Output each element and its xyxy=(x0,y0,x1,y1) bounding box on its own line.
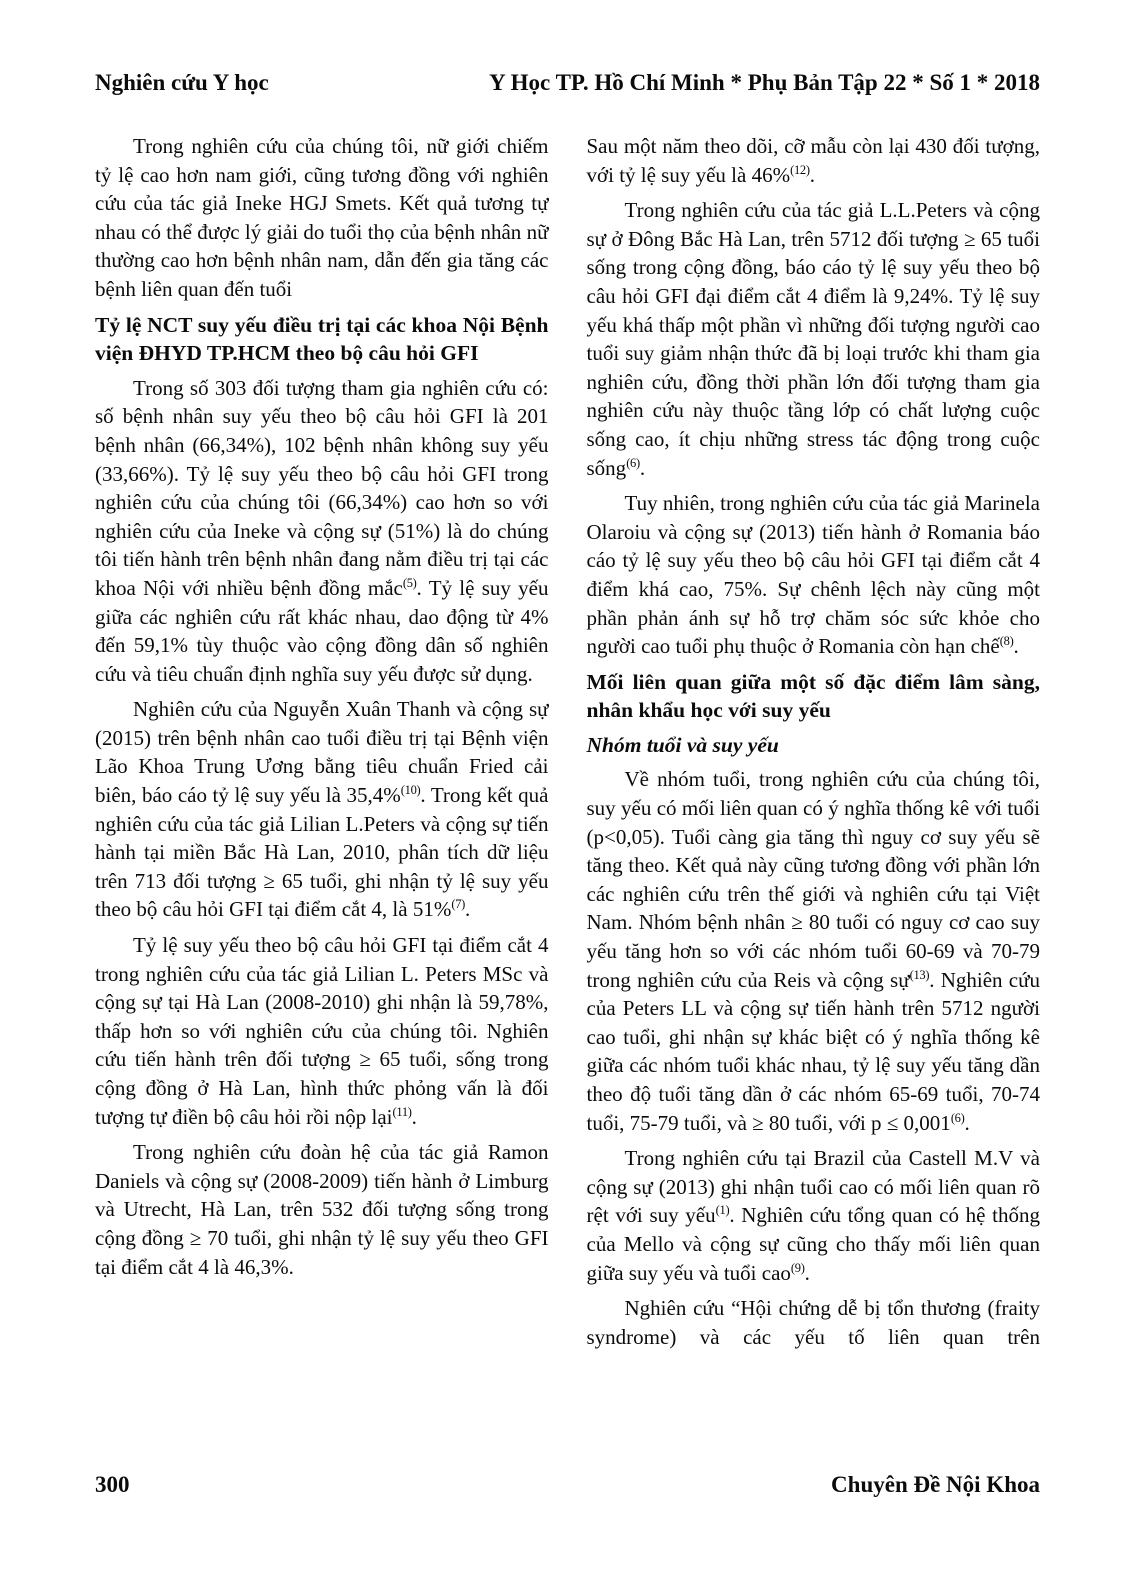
paragraph: Trong nghiên cứu tại Brazil của Castell … xyxy=(587,1144,1041,1287)
paragraph: Sau một năm theo dõi, cỡ mẫu còn lại 430… xyxy=(587,132,1041,189)
page-footer: 300 Chuyên Đề Nội Khoa xyxy=(95,1472,1040,1498)
paragraph: Trong nghiên cứu của tác giả L.L.Peters … xyxy=(587,196,1041,482)
citation-superscript: (6) xyxy=(626,456,640,470)
paragraph: Trong số 303 đối tượng tham gia nghiên c… xyxy=(95,374,549,689)
header-section-title: Nghiên cứu Y học xyxy=(95,70,269,96)
paragraph: Nghiên cứu “Hội chứng dễ bị tổn thương (… xyxy=(587,1294,1041,1351)
citation-superscript: (8) xyxy=(1000,634,1014,648)
citation-superscript: (12) xyxy=(790,163,810,177)
right-column: Sau một năm theo dõi, cỡ mẫu còn lại 430… xyxy=(587,132,1041,1358)
citation-superscript: (11) xyxy=(393,1105,412,1119)
paragraph: Tuy nhiên, trong nghiên cứu của tác giả … xyxy=(587,489,1041,661)
paragraph: Trong nghiên cứu của chúng tôi, nữ giới … xyxy=(95,132,549,304)
section-heading: Mối liên quan giữa một số đặc điểm lâm s… xyxy=(587,668,1041,725)
citation-superscript: (10) xyxy=(401,783,421,797)
citation-superscript: (7) xyxy=(451,897,465,911)
paragraph: Trong nghiên cứu đoàn hệ của tác giả Ram… xyxy=(95,1138,549,1281)
paragraph: Về nhóm tuổi, trong nghiên cứu của chúng… xyxy=(587,765,1041,1137)
journal-page: Nghiên cứu Y học Y Học TP. Hồ Chí Minh *… xyxy=(0,0,1129,1570)
left-column: Trong nghiên cứu của chúng tôi, nữ giới … xyxy=(95,132,549,1358)
citation-superscript: (9) xyxy=(791,1261,805,1275)
paragraph: Nghiên cứu của Nguyễn Xuân Thanh và cộng… xyxy=(95,695,549,924)
page-number: 300 xyxy=(95,1472,130,1498)
two-column-body: Trong nghiên cứu của chúng tôi, nữ giới … xyxy=(95,132,1040,1358)
header-journal-title: Y Học TP. Hồ Chí Minh * Phụ Bản Tập 22 *… xyxy=(489,70,1040,96)
citation-superscript: (5) xyxy=(403,576,417,590)
citation-superscript: (6) xyxy=(951,1111,965,1125)
section-heading: Tỷ lệ NCT suy yếu điều trị tại các khoa … xyxy=(95,311,549,368)
citation-superscript: (13) xyxy=(910,968,930,982)
footer-section-name: Chuyên Đề Nội Khoa xyxy=(831,1472,1040,1498)
citation-superscript: (1) xyxy=(716,1203,730,1217)
subsection-heading: Nhóm tuổi và suy yếu xyxy=(587,731,1041,760)
page-header: Nghiên cứu Y học Y Học TP. Hồ Chí Minh *… xyxy=(95,70,1040,96)
paragraph: Tỷ lệ suy yếu theo bộ câu hỏi GFI tại đi… xyxy=(95,931,549,1131)
